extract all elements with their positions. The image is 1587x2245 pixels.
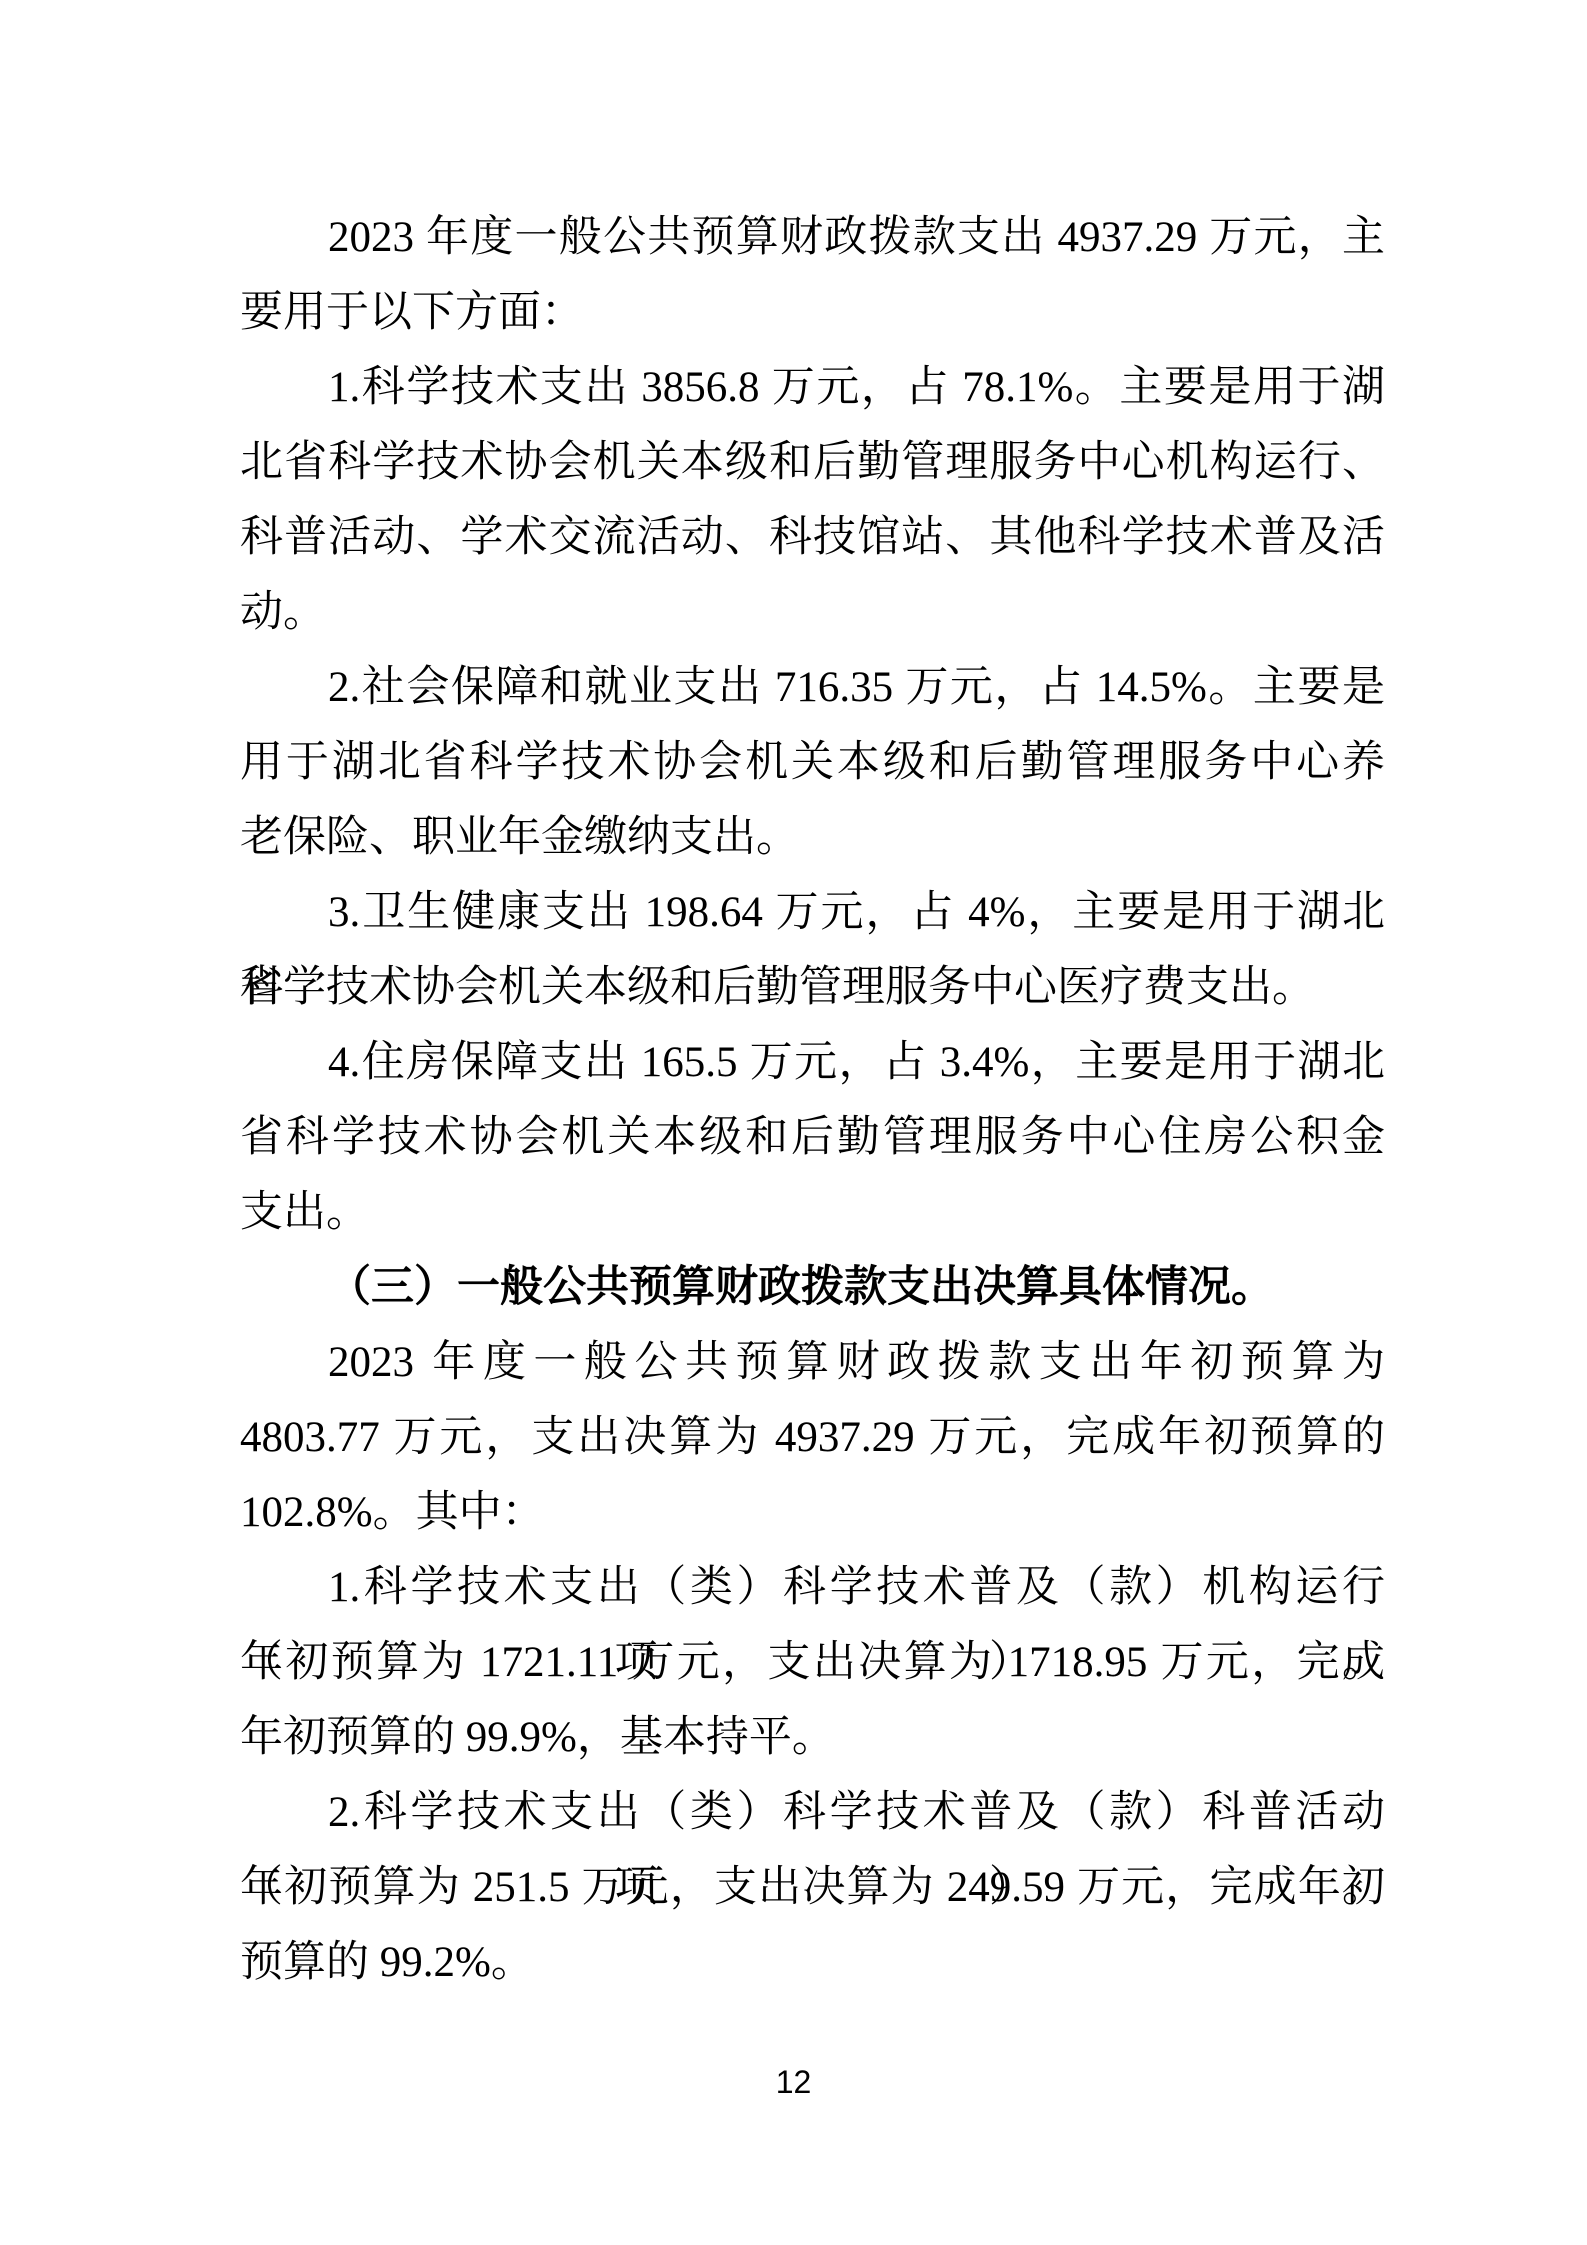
document-body: 2023 年度一般公共预算财政拨款支出 4937.29 万元，主 要用于以下方面… <box>240 200 1385 2000</box>
text-line: 预算的 99.2%。 <box>240 1925 1385 2000</box>
text-line: 年初预算的 99.9%，基本持平。 <box>240 1700 1385 1775</box>
paragraph: 2.科学技术支出（类）科学技术普及（款）科普活动（项）。 年初预算为 251.5… <box>240 1775 1385 2000</box>
paragraph: 2023 年度一般公共预算财政拨款支出年初预算为 4803.77 万元，支出决算… <box>240 1325 1385 1550</box>
text-line: 102.8%。其中： <box>240 1475 1385 1550</box>
paragraph: 1.科学技术支出（类）科学技术普及（款）机构运行（项）。 年初预算为 1721.… <box>240 1550 1385 1775</box>
text-line: 1.科学技术支出（类）科学技术普及（款）机构运行（项）。 <box>240 1550 1385 1625</box>
text-line: 要用于以下方面： <box>240 275 1385 350</box>
text-line: 年初预算为 1721.11 万元，支出决算为 1718.95 万元，完成 <box>240 1625 1385 1700</box>
text-line: 2.科学技术支出（类）科学技术普及（款）科普活动（项）。 <box>240 1775 1385 1850</box>
document-page: 2023 年度一般公共预算财政拨款支出 4937.29 万元，主 要用于以下方面… <box>0 0 1587 2245</box>
text-line: 4.住房保障支出 165.5 万元，占 3.4%，主要是用于湖北 <box>240 1025 1385 1100</box>
text-line: 2023 年度一般公共预算财政拨款支出年初预算为 <box>240 1325 1385 1400</box>
text-line: 1.科学技术支出 3856.8 万元，占 78.1%。主要是用于湖 <box>240 350 1385 425</box>
section-heading-text: （三）一般公共预算财政拨款支出决算具体情况。 <box>240 1250 1385 1325</box>
page-footer: 12 <box>0 2062 1587 2102</box>
text-line: 用于湖北省科学技术协会机关本级和后勤管理服务中心养 <box>240 725 1385 800</box>
text-line: 动。 <box>240 575 1385 650</box>
page-number: 12 <box>776 2064 812 2100</box>
text-line: 3.卫生健康支出 198.64 万元，占 4%，主要是用于湖北省 <box>240 875 1385 950</box>
section-heading: （三）一般公共预算财政拨款支出决算具体情况。 <box>240 1250 1385 1325</box>
paragraph: 2023 年度一般公共预算财政拨款支出 4937.29 万元，主 要用于以下方面… <box>240 200 1385 350</box>
text-line: 北省科学技术协会机关本级和后勤管理服务中心机构运行、 <box>240 425 1385 500</box>
text-line: 老保险、职业年金缴纳支出。 <box>240 800 1385 875</box>
text-line: 4803.77 万元，支出决算为 4937.29 万元，完成年初预算的 <box>240 1400 1385 1475</box>
paragraph: 4.住房保障支出 165.5 万元，占 3.4%，主要是用于湖北 省科学技术协会… <box>240 1025 1385 1250</box>
text-line: 支出。 <box>240 1175 1385 1250</box>
text-line: 年初预算为 251.5 万元，支出决算为 249.59 万元，完成年初 <box>240 1850 1385 1925</box>
text-line: 2.社会保障和就业支出 716.35 万元，占 14.5%。主要是 <box>240 650 1385 725</box>
paragraph: 1.科学技术支出 3856.8 万元，占 78.1%。主要是用于湖 北省科学技术… <box>240 350 1385 650</box>
text-line: 科学技术协会机关本级和后勤管理服务中心医疗费支出。 <box>240 950 1385 1025</box>
text-line: 2023 年度一般公共预算财政拨款支出 4937.29 万元，主 <box>240 200 1385 275</box>
text-line: 省科学技术协会机关本级和后勤管理服务中心住房公积金 <box>240 1100 1385 1175</box>
paragraph: 2.社会保障和就业支出 716.35 万元，占 14.5%。主要是 用于湖北省科… <box>240 650 1385 875</box>
paragraph: 3.卫生健康支出 198.64 万元，占 4%，主要是用于湖北省 科学技术协会机… <box>240 875 1385 1025</box>
text-line: 科普活动、学术交流活动、科技馆站、其他科学技术普及活 <box>240 500 1385 575</box>
